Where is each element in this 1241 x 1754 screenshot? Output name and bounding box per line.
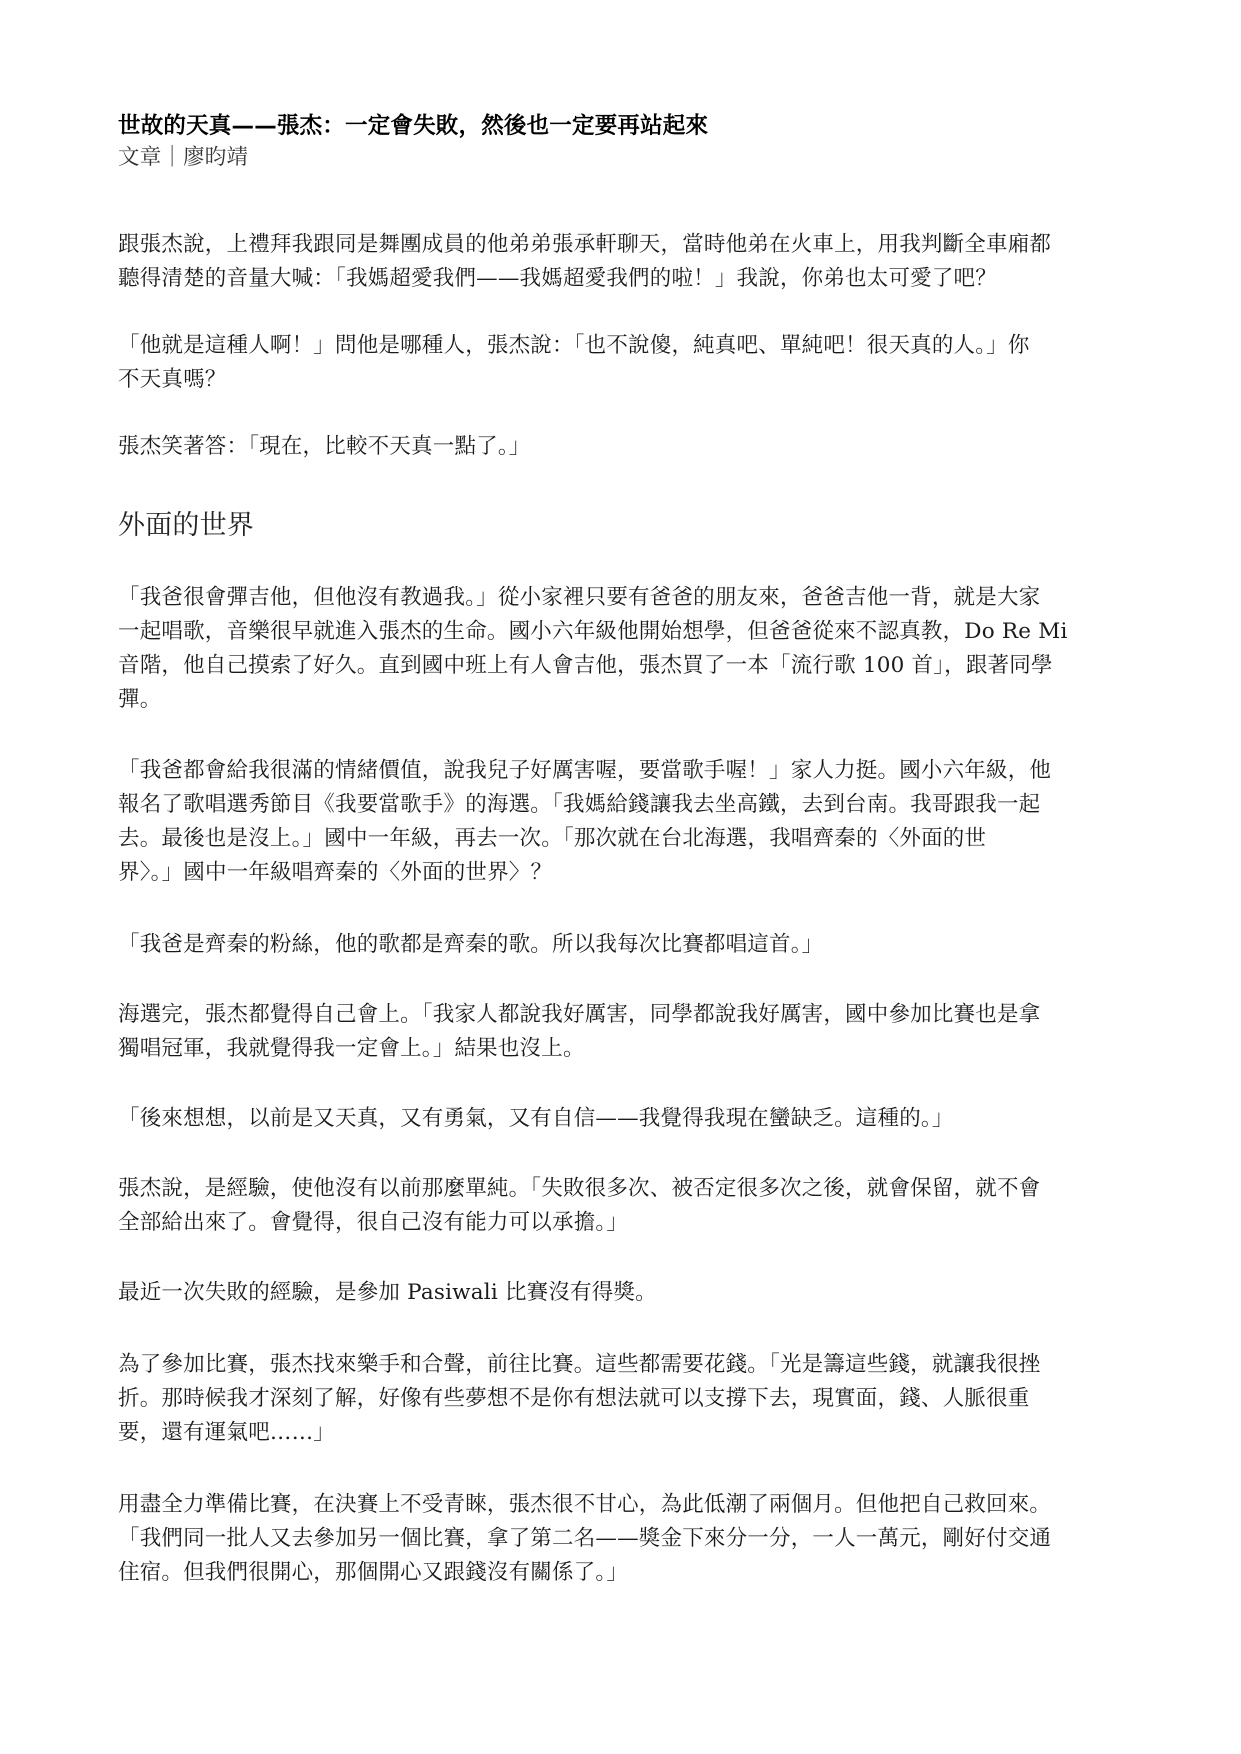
paragraph-line: 張杰說，是經驗，使他沒有以前那麼單純。「失敗很多次、被否定很多次之後，就會保留，… <box>118 1174 1040 1204</box>
paragraph-line: 「他就是這種人啊！」問他是哪種人，張杰說：「也不說傻，純真吧、單純吧！很天真的人… <box>118 331 1030 361</box>
paragraph-line: 要，還有運氣吧……」 <box>118 1418 335 1448</box>
paragraph-line: 界〉。」國中一年級唱齊秦的〈外面的世界〉？ <box>118 858 552 888</box>
paragraph-line: 全部給出來了。會覺得，很自己沒有能力可以承擔。」 <box>118 1208 628 1238</box>
paragraph-line: 住宿。但我們很開心，那個開心又跟錢沒有關係了。」 <box>118 1558 628 1588</box>
paragraph-line: 折。那時候我才深刻了解，好像有些夢想不是你有想法就可以支撐下去，現實面，錢、人脈… <box>118 1384 1029 1414</box>
paragraph-line: 聽得清楚的音量大喊：「我媽超愛我們——我媽超愛我們的啦！」我說，你弟也太可愛了吧… <box>118 264 997 294</box>
paragraph-line: 獨唱冠軍，我就覺得我一定會上。」結果也沒上。 <box>118 1034 585 1064</box>
paragraph-line: 去。最後也是沒上。」國中一年級，再去一次。「那次就在台北海選，我唱齊秦的〈外面的… <box>118 824 986 854</box>
paragraph-line: 音階，他自己摸索了好久。直到國中班上有人會吉他，張杰買了一本「流行歌 100 首… <box>118 651 1053 681</box>
paragraph-line: 「我爸都會給我很滿的情緒價值，說我兒子好厲害喔，要當歌手喔！」家人力挺。國小六年… <box>118 756 1051 786</box>
paragraph-line: 「我爸很會彈吉他，但他沒有教過我。」從小家裡只要有爸爸的朋友來，爸爸吉他一背，就… <box>118 583 1040 613</box>
paragraph-line: 最近一次失敗的經驗，是參加 Pasiwali 比賽沒有得獎。 <box>118 1278 657 1308</box>
paragraph-line: 海選完，張杰都覺得自己會上。「我家人都說我好厲害，同學都說我好厲害，國中參加比賽… <box>118 1000 1040 1030</box>
paragraph-line: 報名了歌唱選秀節目《我要當歌手》的海選。「我媽給錢讓我去坐高鐵，去到台南。我哥跟… <box>118 790 1040 820</box>
paragraph-line: 一起唱歌，音樂很早就進入張杰的生命。國小六年級他開始想學，但爸爸從來不認真教，D… <box>118 617 1068 647</box>
paragraph-line: 張杰笑著答：「現在，比較不天真一點了。」 <box>118 432 531 462</box>
byline: 文章｜廖昀靖 <box>118 143 248 173</box>
paragraph-line: 不天真嗎？ <box>118 365 227 395</box>
paragraph-line: 「我爸是齊秦的粉絲，他的歌都是齊秦的歌。所以我每次比賽都唱這首。」 <box>118 930 823 960</box>
paragraph-line: 跟張杰說，上禮拜我跟同是舞團成員的他弟弟張承軒聊天，當時他弟在火車上，用我判斷全… <box>118 230 1051 260</box>
document-title: 世故的天真——張杰：一定會失敗，然後也一定要再站起來 <box>118 111 708 141</box>
paragraph-line: 「我們同一批人又去參加另一個比賽，拿了第二名——獎金下來分一分，一人一萬元，剛好… <box>118 1524 1051 1554</box>
document-page: 世故的天真——張杰：一定會失敗，然後也一定要再站起來 文章｜廖昀靖 跟張杰說，上… <box>0 0 1241 1754</box>
paragraph-line: 為了參加比賽，張杰找來樂手和合聲，前往比賽。這些都需要花錢。「光是籌這些錢，就讓… <box>118 1350 1040 1380</box>
paragraph-line: 「後來想想，以前是又天真，又有勇氣，又有自信——我覺得我現在蠻缺乏。這種的。」 <box>118 1104 954 1134</box>
section-heading: 外面的世界 <box>118 508 254 544</box>
paragraph-line: 彈。 <box>118 685 161 715</box>
paragraph-line: 用盡全力準備比賽，在決賽上不受青睞，張杰很不甘心，為此低潮了兩個月。但他把自己救… <box>118 1490 1051 1520</box>
